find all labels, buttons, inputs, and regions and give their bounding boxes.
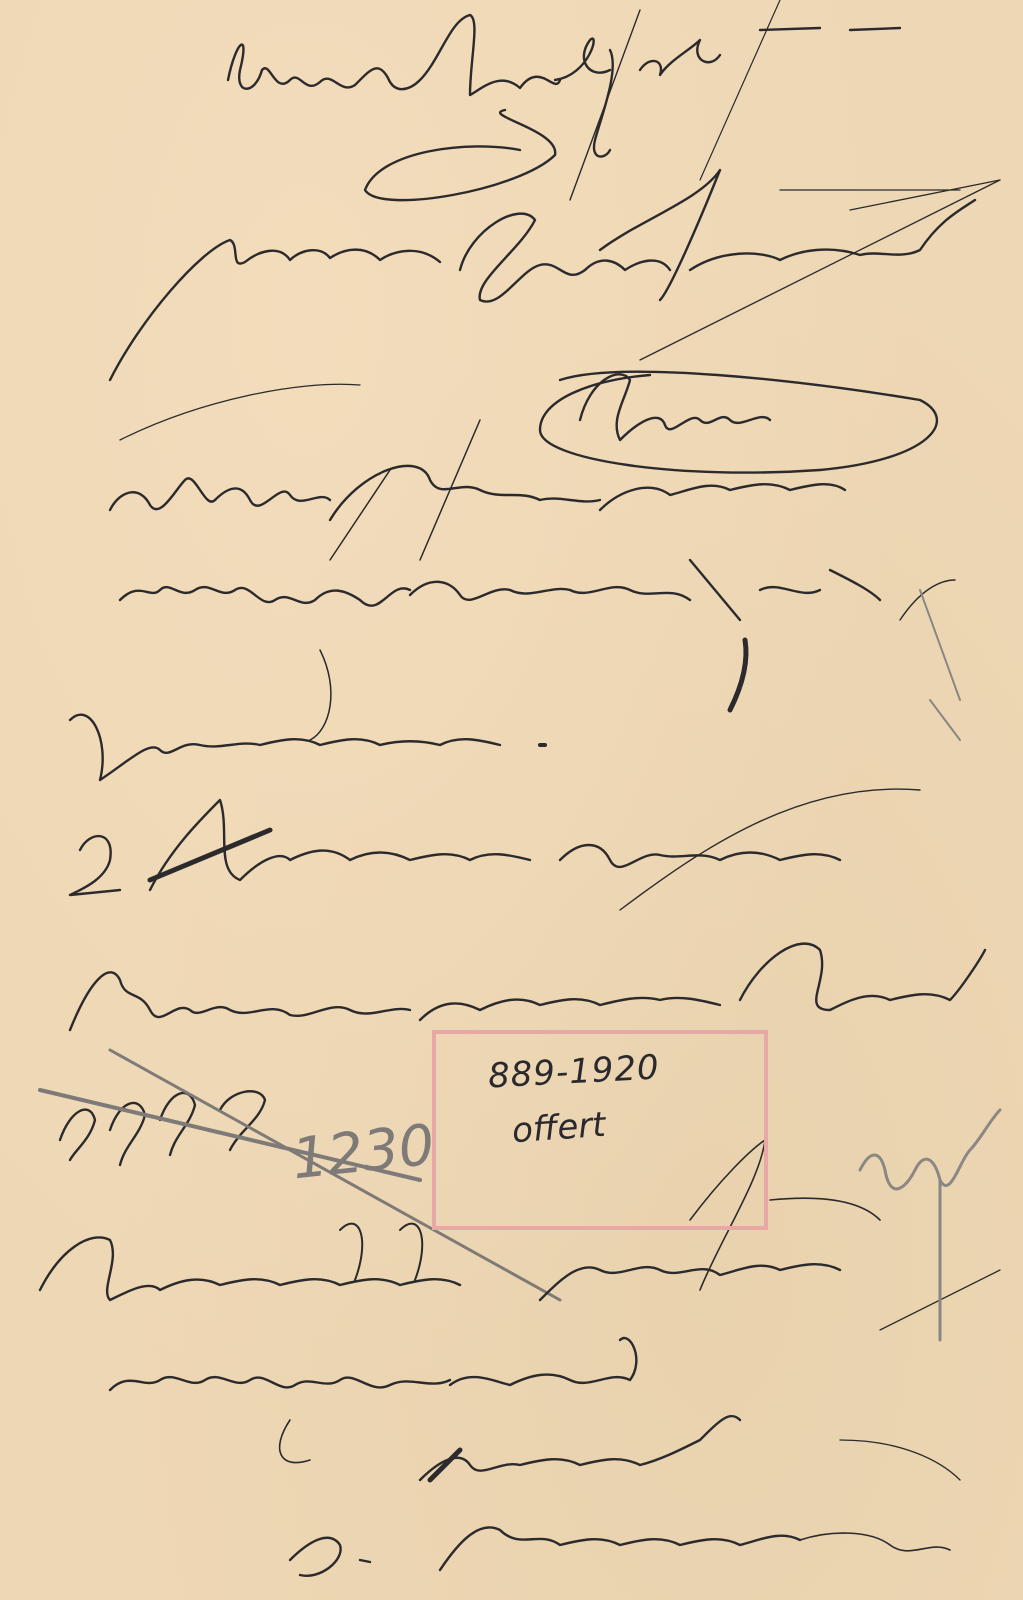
postcard: Eilmodlitz 28/8. 09 Sr. Herrn Sankupotsc… (0, 0, 1023, 1600)
stamp-word: offert (511, 1105, 607, 1151)
